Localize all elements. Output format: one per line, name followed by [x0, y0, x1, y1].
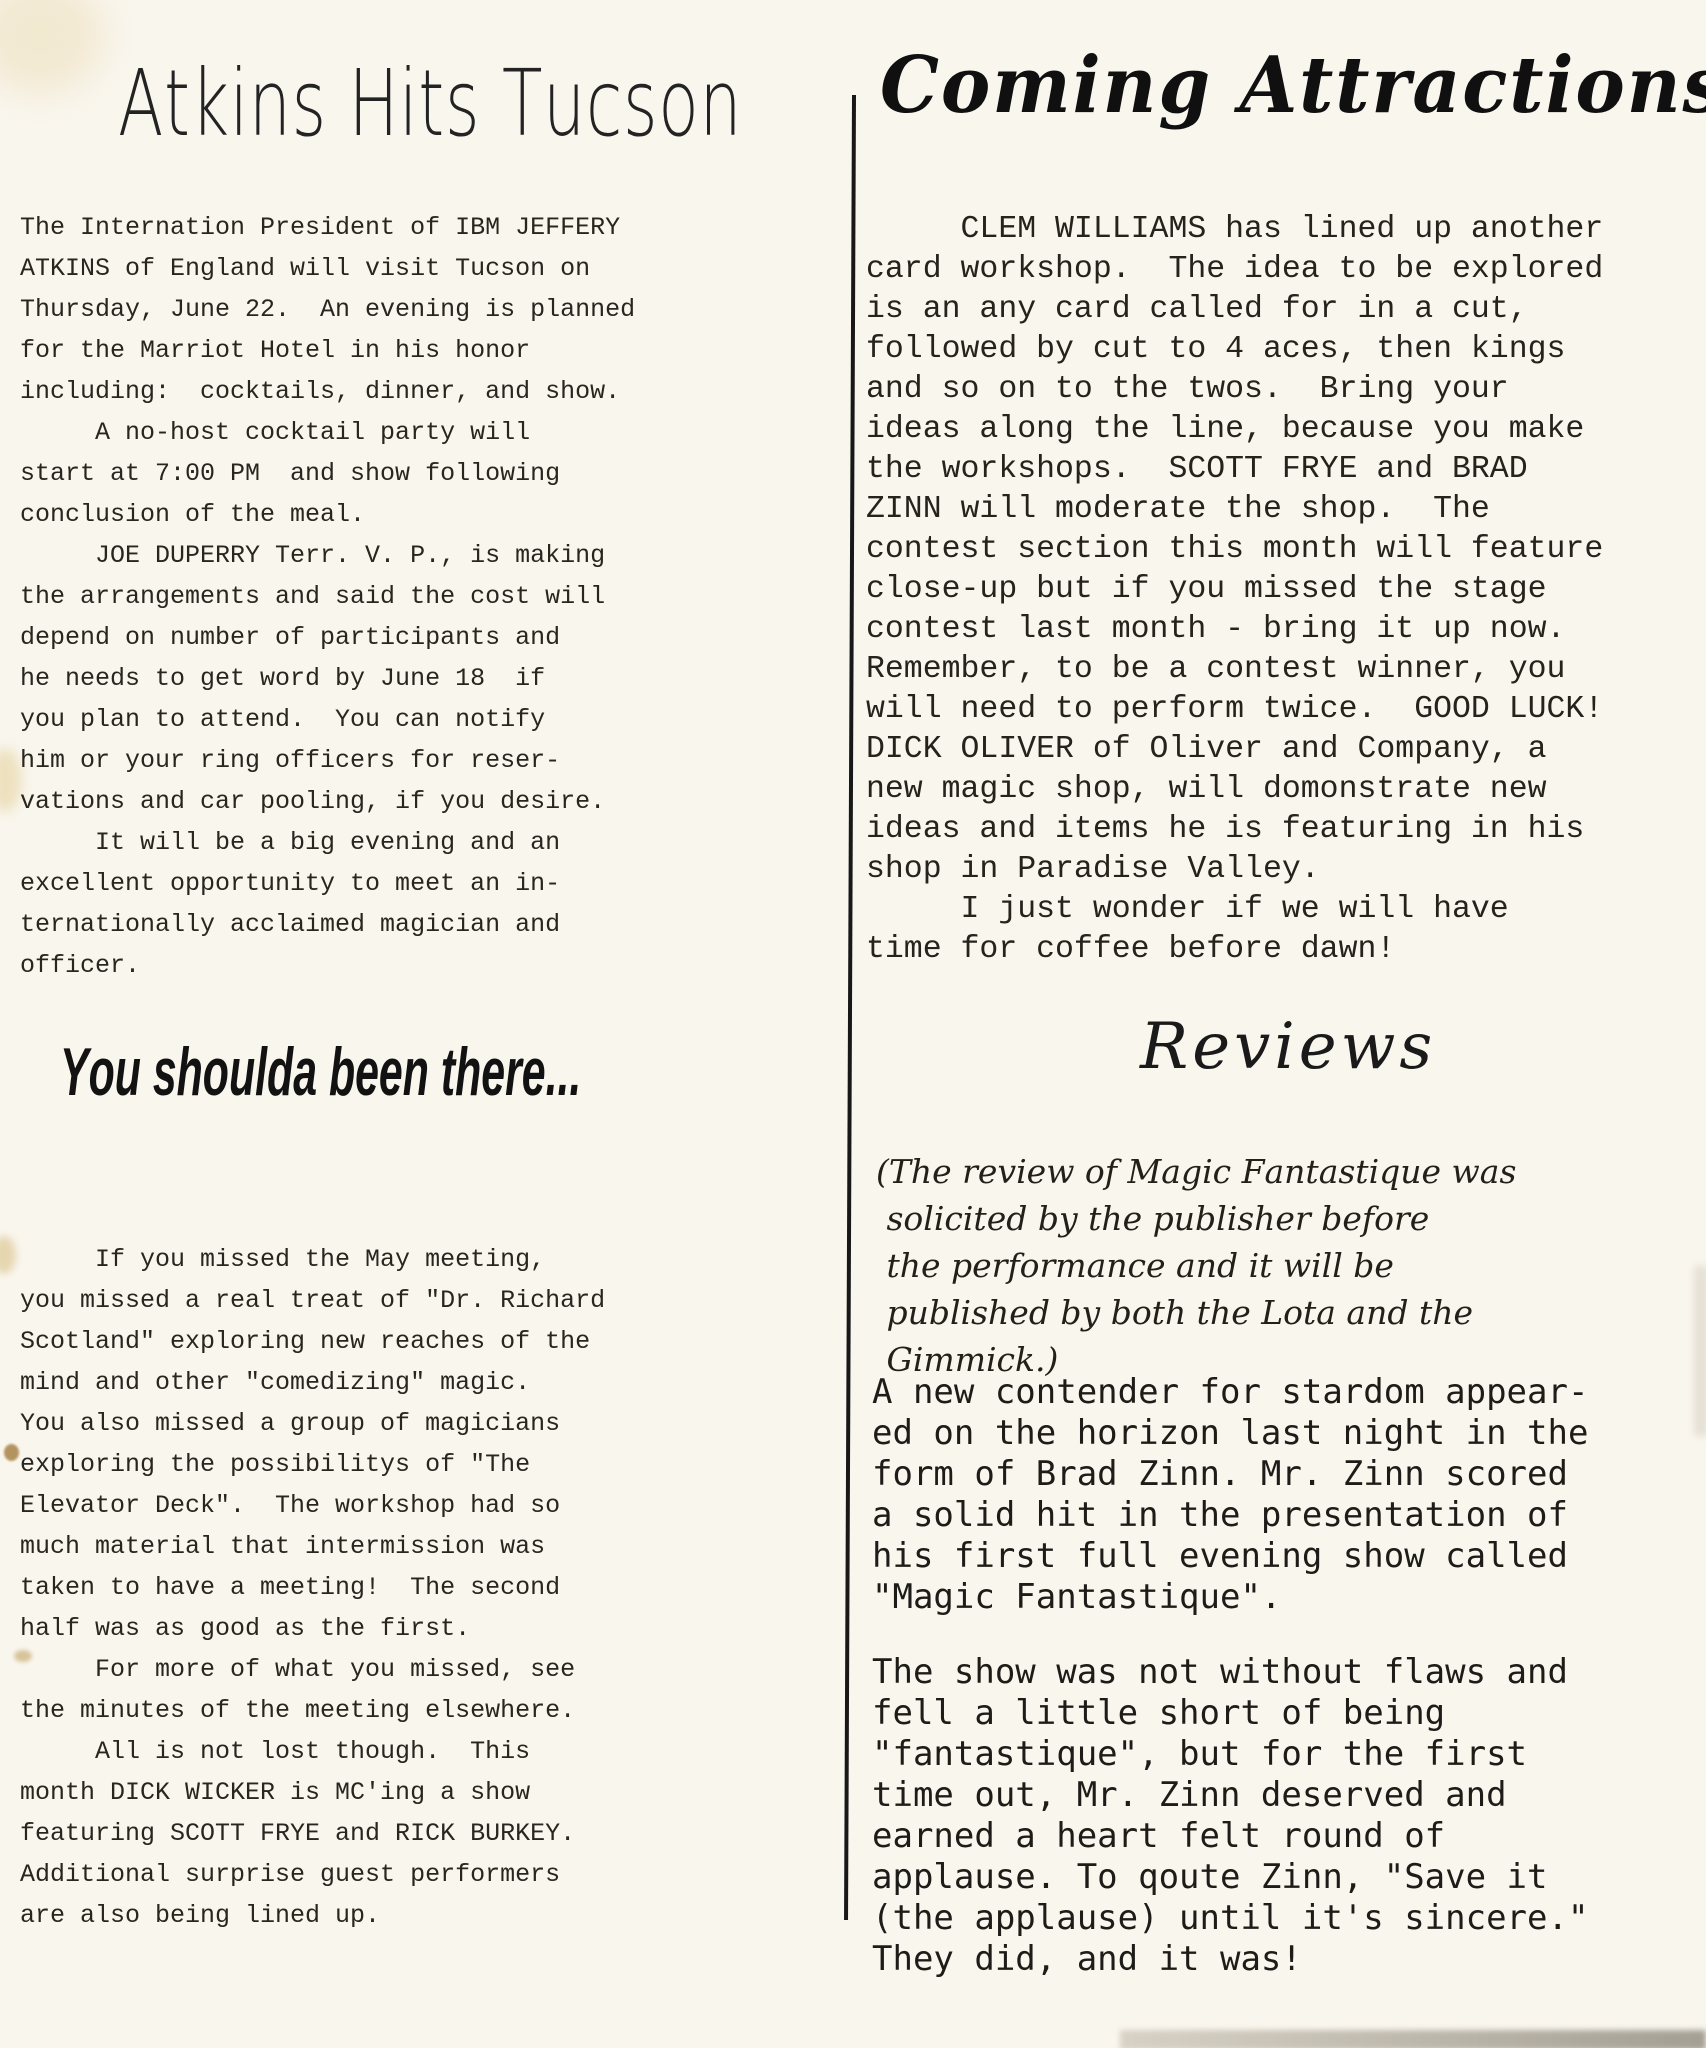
section-title-reviews: Reviews — [1140, 1010, 1436, 1084]
paper-speck-left-a — [4, 1444, 19, 1461]
paper-stain-left-middle — [0, 748, 22, 812]
article-body-you-shoulda-been-there: If you missed the May meeting, you misse… — [20, 1239, 605, 1936]
paper-stain-top-left — [0, 0, 105, 95]
article-body-atkins-hits-tucson: The Internation President of IBM JEFFERY… — [20, 207, 635, 986]
review-paragraph-2: The show was not without flaws and fell … — [872, 1652, 1588, 1980]
column-divider-rule — [844, 95, 856, 1920]
paper-stain-left-lower — [0, 1236, 16, 1274]
review-paragraph-1: A new contender for stardom appear- ed o… — [872, 1372, 1588, 1618]
article-title-atkins-hits-tucson: Atkins Hits Tucson — [118, 50, 742, 157]
article-title-you-shoulda-been-there: You shoulda been there... — [60, 1033, 581, 1111]
paper-stain-right-edge — [1694, 1266, 1706, 1436]
scan-shadow-bottom-edge — [1120, 2030, 1706, 2048]
newsletter-page: Atkins Hits Tucson The Internation Presi… — [0, 0, 1706, 2048]
article-body-coming-attractions: CLEM WILLIAMS has lined up another card … — [866, 210, 1603, 970]
article-title-coming-attractions: Coming Attractions! — [880, 40, 1706, 131]
review-editorial-note: (The review of Magic Fantastique was sol… — [876, 1148, 1516, 1383]
